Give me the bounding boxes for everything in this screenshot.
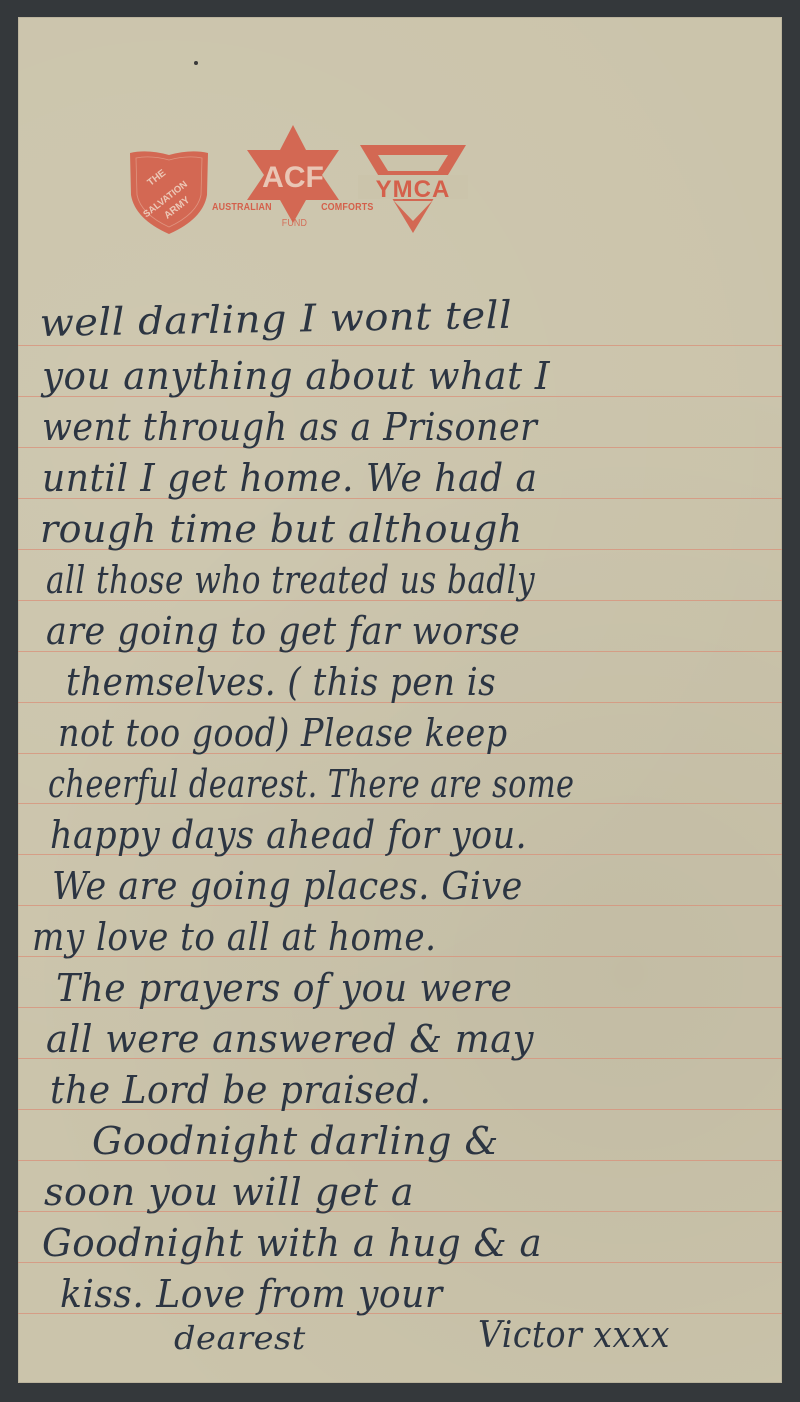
svg-text:YMCA: YMCA: [376, 176, 451, 203]
ymca-triangle-icon: YMCA: [358, 141, 468, 235]
acf-caption: AUSTRALIAN COMFORTS FUND: [212, 201, 348, 213]
letter-line: Goodnight with a hug & a: [42, 1221, 542, 1265]
salvation-army-shield-icon: THE SALVATION ARMY: [127, 149, 211, 235]
letter-line: not too good) Please keep: [58, 711, 508, 755]
letter-line: soon you will get a: [44, 1170, 414, 1214]
acf-caption-left: AUSTRALIAN: [212, 201, 272, 213]
acf-caption-bottom: FUND: [282, 217, 307, 229]
letter-line: went through as a Prisoner: [42, 405, 537, 449]
letter-line: well darling I wont tell: [39, 293, 512, 345]
letter-line: you anything about what I: [42, 354, 550, 398]
letter-line: The prayers of you were: [56, 966, 512, 1010]
letter-line: are going to get far worse: [46, 609, 520, 653]
letter-line: happy days ahead for you.: [50, 813, 527, 857]
letter-line: kiss. Love from your: [60, 1272, 443, 1316]
ruled-line: [18, 345, 782, 346]
letter-line: all those who treated us badly: [46, 558, 535, 602]
letter-line: my love to all at home.: [32, 915, 436, 959]
letterhead: THE SALVATION ARMY ACF AUSTRALIAN COMFOR…: [18, 17, 782, 257]
letter-line: themselves. ( this pen is: [66, 660, 496, 704]
signature-closing: dearest: [174, 1319, 306, 1357]
letter-line: We are going places. Give: [52, 864, 523, 908]
letter-line: cheerful dearest. There are some: [48, 762, 574, 806]
letter-line: the Lord be praised.: [50, 1068, 431, 1112]
letter-line: all were answered & may: [46, 1017, 534, 1061]
letter-page: THE SALVATION ARMY ACF AUSTRALIAN COMFOR…: [18, 17, 782, 1383]
letter-line: until I get home. We had a: [42, 456, 538, 500]
signature-name: Victor xxxx: [478, 1315, 670, 1356]
svg-text:ACF: ACF: [262, 161, 324, 194]
letter-line: rough time but although: [40, 507, 523, 551]
letter-line: Goodnight darling &: [92, 1119, 499, 1163]
